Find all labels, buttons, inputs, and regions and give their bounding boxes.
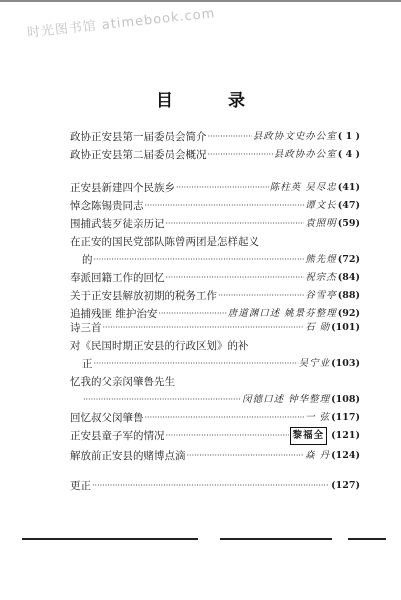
- leader-dots: [92, 478, 329, 494]
- toc-entry[interactable]: 政协正安县第一届委员会简介县政协文史办公室( 1 ): [70, 129, 360, 145]
- bottom-rule-right: [348, 538, 386, 540]
- leader-dots: [145, 410, 305, 426]
- title-char-1: 目: [156, 86, 173, 111]
- leader-dots: [103, 320, 305, 336]
- toc-entry-continuation[interactable]: 正吴宁业(103): [70, 356, 360, 372]
- page-title: 目录: [0, 86, 401, 111]
- toc-entry[interactable]: 回忆叔父闵肇鲁一 弦(117): [70, 410, 360, 426]
- leader-dots: [187, 448, 305, 464]
- watermark: 时光图书馆 atimebook.com: [26, 2, 216, 41]
- bottom-rule-middle: [220, 538, 332, 540]
- toc-entry[interactable]: 更正(127): [70, 478, 360, 494]
- leader-dots: [166, 270, 305, 286]
- title-char-2: 录: [228, 86, 245, 111]
- toc-entry-continuation[interactable]: 闵德口述 钟华整理(108): [70, 392, 360, 408]
- toc-entry[interactable]: 关于正安县解放初期的税务工作谷雪亭(88): [70, 288, 360, 304]
- toc-entry[interactable]: 解放前正安县的赌博点滴焱 丹(124): [70, 448, 360, 464]
- toc-entry-continuation[interactable]: 的熊先煜(72): [70, 252, 360, 268]
- leader-dots: [94, 356, 298, 372]
- leader-dots: [218, 288, 304, 304]
- toc-entry-heading[interactable]: 在正安的国民党部队陈曾两团是怎样起义: [70, 234, 360, 250]
- boxed-author: 黎福全: [290, 427, 328, 445]
- toc-entry[interactable]: 悼念陈锡贵同志谭文长(47): [70, 198, 360, 214]
- toc-entry-heading[interactable]: 对《民国时期正安县的行政区划》的补: [70, 338, 360, 354]
- leader-dots: [176, 180, 269, 196]
- leader-dots: [166, 428, 289, 444]
- leader-dots: [94, 252, 305, 268]
- leader-dots: [208, 147, 273, 163]
- leader-dots: [145, 198, 305, 214]
- toc-entry[interactable]: 围捕武装歹徒亲历记袁照明(59): [70, 216, 360, 232]
- leader-dots: [208, 129, 252, 145]
- leader-dots: [83, 392, 241, 408]
- toc-entry[interactable]: 政协正安县第二届委员会概况县政协办公室( 4 ): [70, 147, 360, 163]
- bottom-rule-left: [22, 538, 198, 540]
- toc-entry-heading[interactable]: 忆我的父亲闵肇鲁先生: [70, 374, 360, 390]
- toc-entry[interactable]: 诗三首石 勋(101): [70, 320, 360, 336]
- toc-entry[interactable]: 正安县童子军的情况黎福全(121): [70, 428, 360, 444]
- toc-entry[interactable]: 奉派回籍工作的回忆祝宗杰(84): [70, 270, 360, 286]
- leader-dots: [166, 216, 305, 232]
- page-top-edge: [0, 0, 401, 2]
- toc-entry[interactable]: 正安县新建四个民族乡陈柱英 吴尽忠(41): [70, 180, 360, 196]
